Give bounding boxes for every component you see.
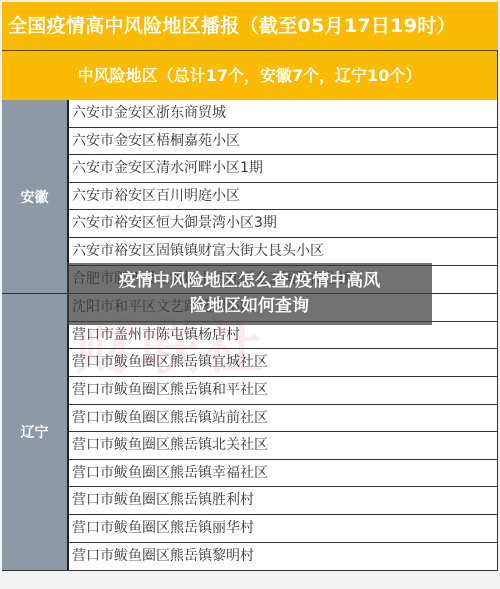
report-title: 全国疫情高中风险地区播报（截至05月17日19时） [2, 2, 498, 50]
area-row: 六安市金安区梧桐嘉苑小区 [69, 128, 498, 156]
area-row: 营口市鲅鱼圈区熊岳镇北关社区 [69, 432, 498, 460]
area-row: 六安市裕安区百川明庭小区 [69, 183, 498, 211]
area-row: 六安市金安区浙东商贸城 [69, 100, 498, 128]
province-label: 辽宁 [2, 294, 69, 570]
area-row: 营口市鲅鱼圈区熊岳镇和平社区 [69, 377, 498, 405]
area-row: 营口市鲅鱼圈区熊岳镇丽华村 [69, 515, 498, 543]
report-subtitle: 中风险地区（总计17个，安徽7个，辽宁10个） [2, 50, 498, 100]
risk-area-table: 安徽 六安市金安区浙东商贸城 六安市金安区梧桐嘉苑小区 六安市金安区清水河畔小区… [2, 100, 498, 571]
area-row: 营口市盖州市陈屯镇杨店村 [69, 322, 498, 350]
risk-area-report: 全国疫情高中风险地区播报（截至05月17日19时） 中风险地区（总计17个，安徽… [0, 0, 500, 589]
area-row: 营口市鲅鱼圈区熊岳镇胜利村 [69, 487, 498, 515]
overlay-line-2: 险地区如何查询 [67, 294, 432, 319]
area-row: 六安市金安区清水河畔小区1期 [69, 155, 498, 183]
area-row: 营口市鲅鱼圈区熊岳镇宜城社区 [69, 349, 498, 377]
area-row: 六安市裕安区固镇镇财富大街大艮头小区 [69, 238, 498, 266]
overlay-line-1: 疫情中风险地区怎么查/疫情中高风 [67, 269, 432, 294]
area-row: 营口市鲅鱼圈区熊岳镇站前社区 [69, 405, 498, 433]
area-row: 营口市鲅鱼圈区熊岳镇幸福社区 [69, 460, 498, 488]
area-row: 六安市裕安区恒大御景湾小区3期 [69, 210, 498, 238]
province-group-liaoning: 辽宁 沈阳市和平区文艺路艺园小区 营口市盖州市陈屯镇杨店村 营口市鲅鱼圈区熊岳镇… [2, 294, 498, 571]
article-title-overlay: 疫情中风险地区怎么查/疫情中高风 险地区如何查询 [67, 263, 432, 325]
area-row: 营口市鲅鱼圈区熊岳镇黎明村 [69, 543, 498, 571]
province-label: 安徽 [2, 100, 69, 293]
